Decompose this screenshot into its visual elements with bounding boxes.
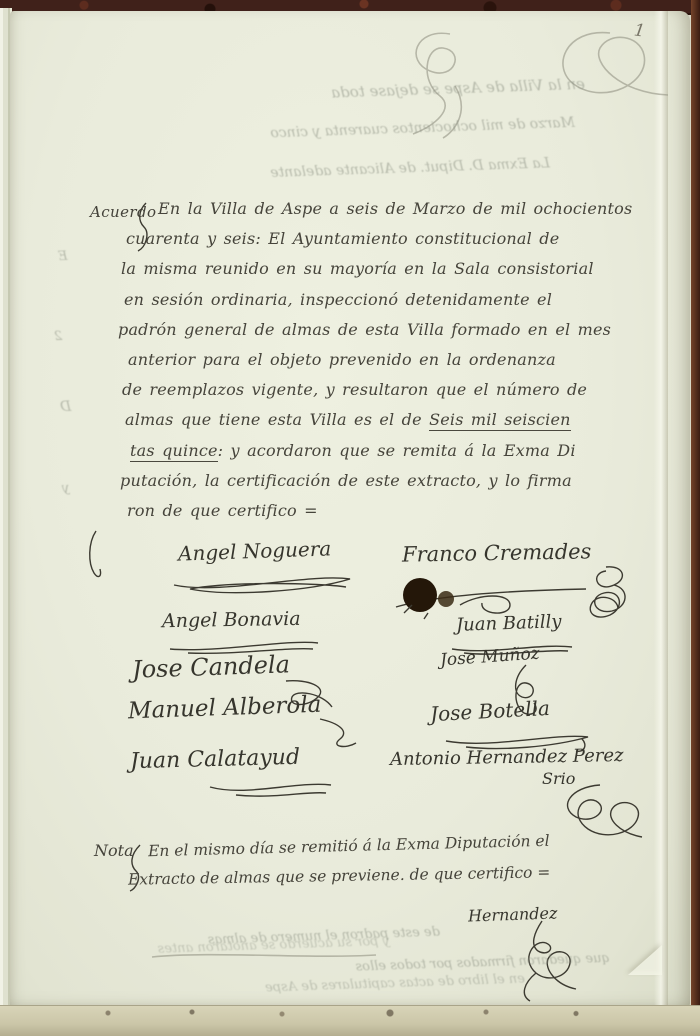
manuscript-page: 1 en la Villa de Aspe se dejase toda Mar…	[10, 11, 690, 1009]
signature: Juan Batilly	[456, 611, 562, 636]
bleedthrough-line: en la Villa de Aspe se dejase toda	[115, 75, 585, 109]
act-line: cuarenta y seis: El Ayuntamiento constit…	[126, 229, 668, 259]
signature-rubric	[310, 717, 360, 751]
act-line: tas quince: y acordaron que se remita á …	[130, 441, 668, 471]
act-line: en sesión ordinaria, inspeccionó detenid…	[124, 290, 668, 320]
signature: Juan Calatayud	[130, 745, 301, 774]
page-corner-fold	[628, 945, 662, 975]
bleedthrough-stroke	[150, 949, 380, 961]
signature: Manuel Alberola	[128, 692, 322, 725]
bleedthrough-line: La Exma D. Diput. de Alicante adelante	[110, 155, 550, 186]
signature-rubric	[170, 571, 355, 597]
knot-rubric	[566, 563, 632, 627]
act-line: almas que tiene esta Villa es el de Seis…	[125, 410, 668, 440]
act-line: En la Villa de Aspe a seis de Marzo de m…	[158, 199, 668, 229]
signature-rubric	[206, 777, 336, 801]
top-flourish-right	[540, 23, 675, 118]
act-paragraph: En la Villa de Aspe a seis de Marzo de m…	[112, 199, 668, 531]
act-line: de reemplazos vigente, y resultaron que …	[122, 380, 668, 410]
signature: Franco Cremades	[402, 539, 592, 566]
signature: Angel Noguera	[178, 536, 332, 565]
act-line: ron de que certifico =	[127, 501, 668, 531]
book-binding-right	[691, 0, 700, 1036]
ink-blot	[398, 569, 468, 621]
secretary-rubric	[550, 781, 650, 845]
bleedthrough-line: Marzo de mil ochocientos cuarenta y cinc…	[105, 115, 575, 147]
note-line: Extracto de almas que se previene. de qu…	[128, 863, 551, 888]
signature: Antonio Hernandez Perez	[390, 745, 624, 770]
act-line: la misma reunido en su mayoría en la Sal…	[121, 259, 668, 289]
signature: Angel Bonavia	[162, 608, 301, 632]
act-line: padrón general de almas de esta Villa fo…	[118, 320, 668, 350]
margin-pen-mark	[84, 529, 106, 585]
book-scan-photo: 1 en la Villa de Aspe se dejase toda Mar…	[0, 0, 700, 1036]
act-line: anterior para el objeto prevenido en la …	[128, 350, 668, 380]
signature: Jose Candela	[132, 650, 291, 683]
page-edge-specks	[60, 1008, 660, 1018]
signature: Jose Botella	[429, 696, 550, 726]
note-line: En el mismo día se remitió á la Exma Dip…	[148, 832, 550, 861]
act-line: putación, la certificación de este extra…	[120, 471, 668, 501]
